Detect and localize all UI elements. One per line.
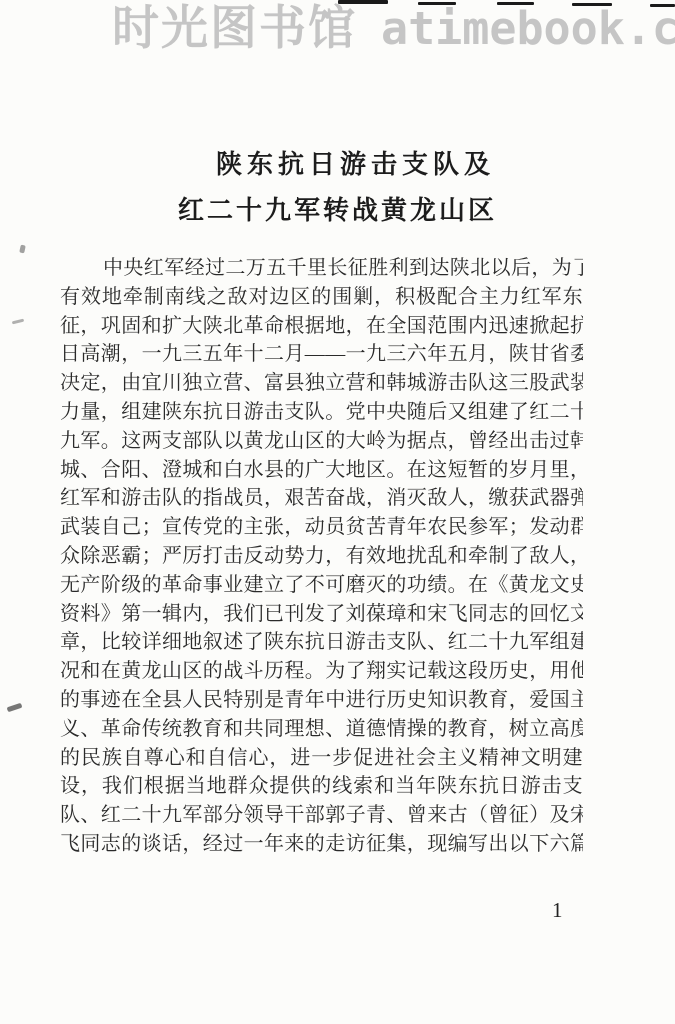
body-line: 日高潮，一九三五年十二月——一九三六年五月，陕甘省委	[60, 340, 583, 369]
watermark-latin: atimebook.c	[381, 2, 675, 55]
body-line: 章，比较详细地叙述了陕东抗日游击支队、红二十九军组建情	[60, 628, 583, 657]
scan-speck	[19, 245, 26, 254]
body-line: 众除恶霸；严厉打击反动势力，有效地扰乱和牵制了敌人，为	[60, 542, 583, 571]
body-line: 有效地牵制南线之敌对边区的围剿，积极配合主力红军东	[60, 283, 583, 312]
body-line: 决定，由宜川独立营、富县独立营和韩城游击队这三股武装	[60, 369, 583, 398]
body-line: 九军。这两支部队以黄龙山区的大岭为据点，曾经出击过韩	[60, 427, 583, 456]
body-line: 无产阶级的革命事业建立了不可磨灭的功绩。在《黄龙文史	[60, 571, 583, 600]
body-line: 城、合阳、澄城和白水县的广大地区。在这短暂的岁月里，	[60, 456, 583, 485]
body-line: 况和在黄龙山区的战斗历程。为了翔实记载这段历史，用他们	[60, 657, 583, 686]
watermark: 时光图书馆atimebook.c	[112, 4, 675, 51]
body-line: 的事迹在全县人民特别是青年中进行历史知识教育，爱国主	[60, 686, 583, 715]
body-text: 中央红军经过二万五千里长征胜利到达陕北以后，为了 有效地牵制南线之敌对边区的围剿…	[60, 254, 583, 859]
body-line: 红军和游击队的指战员，艰苦奋战，消灭敌人，缴获武器弹药	[60, 484, 583, 513]
page-number: 1	[552, 898, 563, 923]
body-line: 中央红军经过二万五千里长征胜利到达陕北以后，为了	[60, 254, 583, 283]
body-line: 力量，组建陕东抗日游击支队。党中央随后又组建了红二十	[60, 398, 583, 427]
chapter-title-line-1: 陕东抗日游击支队及	[0, 144, 675, 181]
scan-speck	[12, 319, 24, 325]
watermark-chinese: 时光图书馆	[112, 1, 357, 54]
body-line: 资料》第一辑内，我们已刊发了刘葆璋和宋飞同志的回忆文	[60, 600, 583, 629]
body-line: 队、红二十九军部分领导干部郭子青、曾来古（曾征）及宋	[60, 801, 583, 830]
body-line: 的民族自尊心和自信心，进一步促进社会主义精神文明建	[60, 744, 583, 773]
chapter-title-line-2: 红二十九军转战黄龙山区	[0, 190, 675, 227]
body-line: 设，我们根据当地群众提供的线索和当年陕东抗日游击支	[60, 772, 583, 801]
body-line: 征，巩固和扩大陕北革命根据地，在全国范围内迅速掀起抗	[60, 312, 583, 341]
body-line: 飞同志的谈话，经过一年来的走访征集，现编写出以下六篇	[60, 830, 583, 859]
scan-speck	[7, 703, 23, 712]
body-line: 武装自己；宣传党的主张，动员贫苦青年农民参军；发动群	[60, 513, 583, 542]
body-line: 义、革命传统教育和共同理想、道德情操的教育，树立高度	[60, 715, 583, 744]
scanned-page: 时光图书馆atimebook.c 陕东抗日游击支队及 红二十九军转战黄龙山区 中…	[0, 0, 675, 1024]
